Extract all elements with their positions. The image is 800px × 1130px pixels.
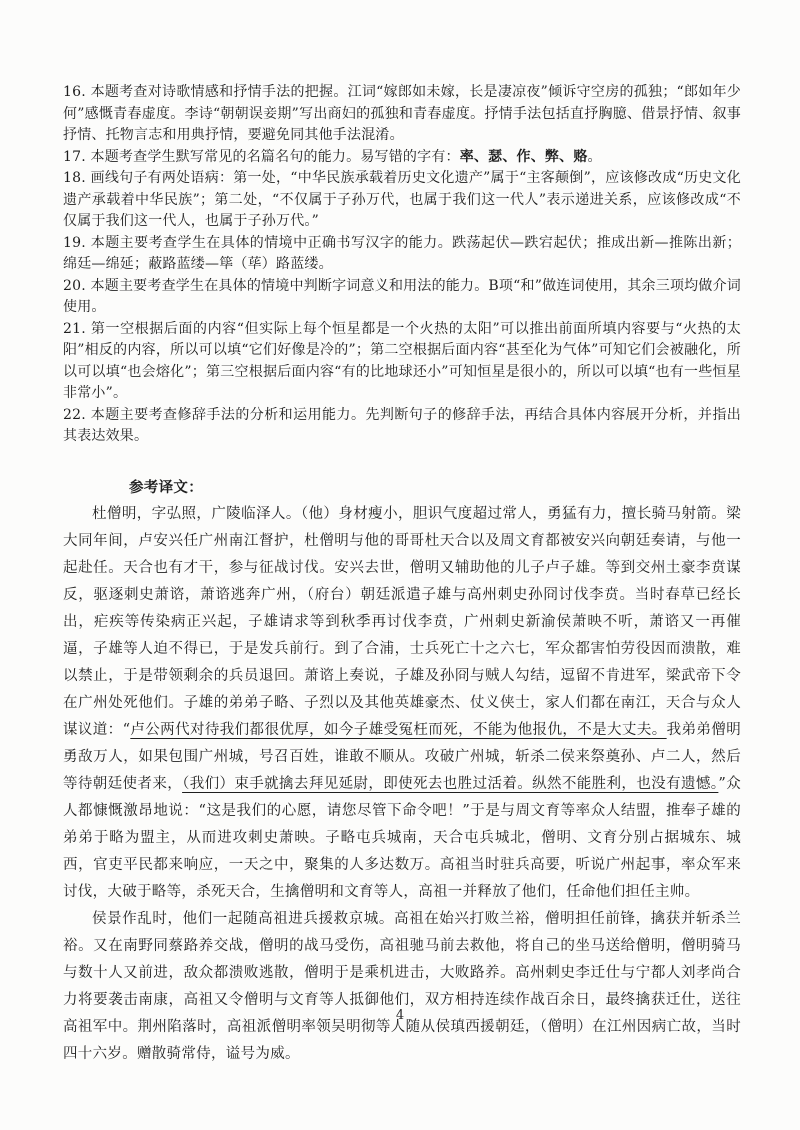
answer-item: 17. 本题考查学生默写常见的名篇名句的能力。易写错的字有：率、瑟、作、弊、赂。 bbox=[63, 147, 741, 169]
translation-paragraph: 杜僧明，字弘照，广陵临泽人。（他）身材瘦小，胆识气度超过常人，勇猛有力，擅长骑马… bbox=[63, 501, 741, 906]
translation-paragraph: 侯景作乱时，他们一起随高祖进兵援救京城。高祖在始兴打败兰裕，僧明担任前锋，擒获并… bbox=[63, 906, 741, 1068]
text-segment: 侯景作乱时，他们一起随高祖进兵援救京城。高祖在始兴打败兰裕，僧明担任前锋，擒获并… bbox=[63, 911, 741, 1062]
text-segment: 率、瑟、作、弊、赂 bbox=[460, 149, 588, 165]
text-segment: 21. 第一空根据后面的内容“但实际上每个恒星都是一个火热的太阳”可以推出前面所… bbox=[63, 321, 741, 402]
translation-heading: 参考译文： bbox=[63, 474, 741, 501]
answer-item: 19. 本题主要考查学生在具体的情境中正确书写汉字的能力。跌荡起伏—跌宕起伏；推… bbox=[63, 233, 741, 276]
text-segment: 17. 本题考查学生默写常见的名篇名句的能力。易写错的字有： bbox=[63, 149, 460, 165]
underlined-text-segment: （我们）束手就擒去拜见延尉，即使死去也胜过活着。纵然不能胜利，也没有遗憾。 bbox=[182, 776, 718, 792]
answer-item: 22. 本题主要考查修辞手法的分析和运用能力。先判断句子的修辞手法，再结合具体内… bbox=[63, 405, 741, 448]
text-segment: 20. 本题主要考查学生在具体的情境中判断字词意义和用法的能力。B项“和”做连词… bbox=[63, 278, 741, 316]
answer-item: 16. 本题考查对诗歌情感和抒情手法的把握。江词“嫁郎如未嫁，长是凄凉夜”倾诉守… bbox=[63, 82, 741, 147]
text-segment: 。 bbox=[588, 149, 602, 165]
text-segment: 杜僧明，字弘照，广陵临泽人。（他）身材瘦小，胆识气度超过常人，勇猛有力，擅长骑马… bbox=[63, 506, 741, 738]
text-segment: 19. 本题主要考查学生在具体的情境中正确书写汉字的能力。跌荡起伏—跌宕起伏；推… bbox=[63, 235, 741, 273]
text-segment: 18. 画线句子有两处语病：第一处，“中华民族承载着历史文化遗产”属于“主客颠倒… bbox=[63, 170, 741, 229]
translation-section: 参考译文： 杜僧明，字弘照，广陵临泽人。（他）身材瘦小，胆识气度超过常人，勇猛有… bbox=[63, 474, 741, 1068]
text-segment: ”众人都慷慨激昂地说：“这是我们的心愿，请您尽管下命令吧！”于是与周文育等率众人… bbox=[63, 776, 741, 900]
answer-item: 20. 本题主要考查学生在具体的情境中判断字词意义和用法的能力。B项“和”做连词… bbox=[63, 276, 741, 319]
text-segment: 16. 本题考查对诗歌情感和抒情手法的把握。江词“嫁郎如未嫁，长是凄凉夜”倾诉守… bbox=[63, 84, 741, 143]
answers-section: 16. 本题考查对诗歌情感和抒情手法的把握。江词“嫁郎如未嫁，长是凄凉夜”倾诉守… bbox=[63, 82, 741, 448]
page-content: 16. 本题考查对诗歌情感和抒情手法的把握。江词“嫁郎如未嫁，长是凄凉夜”倾诉守… bbox=[63, 82, 741, 1068]
text-segment: 22. 本题主要考查修辞手法的分析和运用能力。先判断句子的修辞手法，再结合具体内… bbox=[63, 407, 741, 445]
answer-item: 18. 画线句子有两处语病：第一处，“中华民族承载着历史文化遗产”属于“主客颠倒… bbox=[63, 168, 741, 233]
translation-paragraphs: 杜僧明，字弘照，广陵临泽人。（他）身材瘦小，胆识气度超过常人，勇猛有力，擅长骑马… bbox=[63, 501, 741, 1068]
document-page: 16. 本题考查对诗歌情感和抒情手法的把握。江词“嫁郎如未嫁，长是凄凉夜”倾诉守… bbox=[0, 0, 800, 1130]
page-number: 4 bbox=[0, 1008, 800, 1023]
answer-item: 21. 第一空根据后面的内容“但实际上每个恒星都是一个火热的太阳”可以推出前面所… bbox=[63, 319, 741, 405]
underlined-text-segment: 卢公两代对待我们都很优厚，如今子雄受冤枉而死，不能为他报仇，不是大丈夫。 bbox=[130, 722, 666, 738]
